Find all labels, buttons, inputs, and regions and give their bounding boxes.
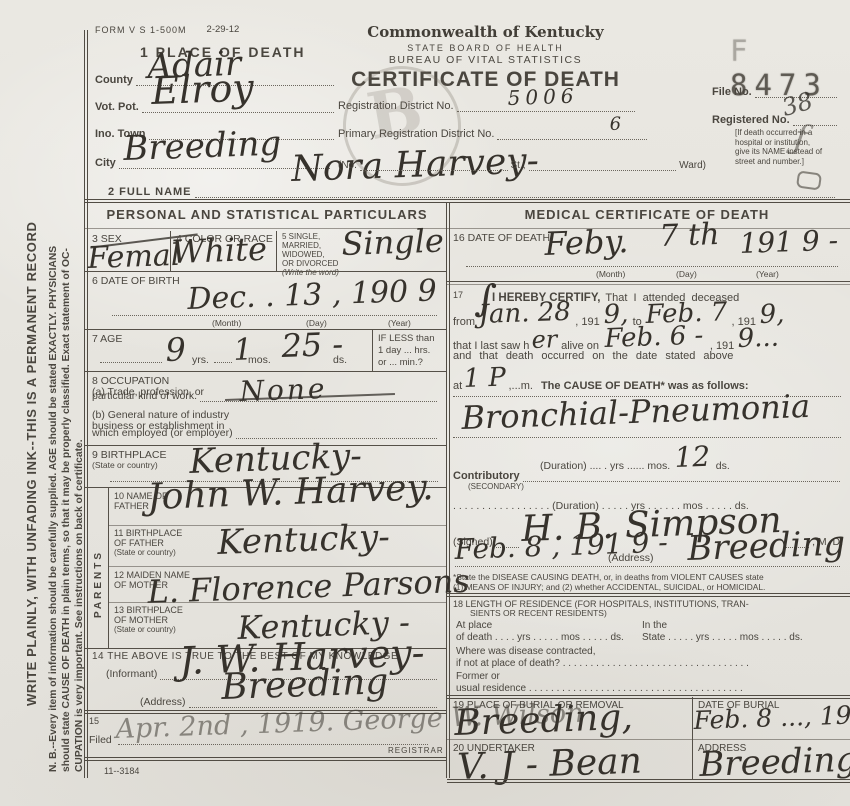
date-of-death-label: 16 DATE OF DEATH xyxy=(453,232,550,244)
informant-address-handwriting: Breeding xyxy=(221,664,389,706)
month-caption: (Month) xyxy=(596,269,625,279)
duration-line: (Duration) .... . yrs ...... mos. 12 ds. xyxy=(540,444,843,472)
date-of-death-day-handwriting: 7 th xyxy=(659,220,720,252)
dotted-leader xyxy=(457,109,635,112)
disease-contracted-label: Where was disease contracted, xyxy=(456,646,596,657)
cause-of-death-handwriting: Bronchial-Pneumonia xyxy=(461,390,811,434)
stamp-prefix: F xyxy=(730,34,749,68)
hospital-note-line: give its NAME instead of xyxy=(735,147,845,157)
registrar-label: REGISTRAR xyxy=(388,746,444,755)
ward-label: Ward) xyxy=(679,160,706,171)
st-label: St., xyxy=(511,160,526,171)
bottom-rule xyxy=(85,757,446,761)
section-heavy-rule xyxy=(447,695,850,699)
father-birthplace-handwriting: Kentucky- xyxy=(217,520,391,560)
date-of-birth-label: 6 DATE OF BIRTH xyxy=(92,275,180,287)
parents-vertical-label: PARENTS xyxy=(93,550,104,618)
form-number-footer: 11--3184 xyxy=(104,766,139,776)
contributory-secondary-note: (SECONDARY) xyxy=(468,482,524,491)
registration-district-handwriting: 5006 xyxy=(507,86,579,108)
filed-number: 15 xyxy=(89,716,99,726)
margin-warning-text: WRITE PLAINLY, WITH UNFADING INK--THIS I… xyxy=(24,222,39,707)
duration-days-handwriting: 12 xyxy=(674,443,711,472)
section-heavy-rule xyxy=(447,593,850,597)
if-less-line: IF LESS than xyxy=(378,333,435,345)
marital-label-line: MARRIED, xyxy=(282,241,339,250)
year-caption: (Year) xyxy=(756,269,779,279)
date-of-birth-handwriting: Dec. . 13 , 190 9 xyxy=(187,276,437,315)
date-of-burial-handwriting: Feb. 8 ..., 191 9 - xyxy=(693,701,850,733)
bottom-rule xyxy=(447,779,850,783)
informant-label: (Informant) xyxy=(106,668,157,680)
if-less-block: IF LESS than 1 day ... hrs. or ... min.? xyxy=(378,333,435,369)
filed-label: Filed xyxy=(89,734,112,746)
informant-address-label: (Address) xyxy=(140,696,186,708)
color-race-handwriting: White xyxy=(171,233,268,268)
occupation-b-line3: which employed (or employer) xyxy=(92,427,233,439)
if-less-line: 1 day ... hrs. xyxy=(378,345,435,357)
parents-strip-rule xyxy=(108,487,109,648)
form-date: 2-29-12 xyxy=(207,24,240,35)
bureau-subtitle: BUREAU OF VITAL STATISTICS xyxy=(333,54,638,66)
month-caption: (Month) xyxy=(212,318,241,328)
marital-note: (Write the word) xyxy=(282,268,339,277)
hospital-note-line: street and number.] xyxy=(735,157,845,167)
state-board-subtitle: STATE BOARD OF HEALTH xyxy=(333,43,638,53)
dotted-leader xyxy=(497,137,647,140)
cell-divider-rule xyxy=(276,231,277,271)
dotted-leader xyxy=(118,744,428,745)
if-less-line: or ... min.? xyxy=(378,357,435,369)
birthplace-subnote: (State or country) xyxy=(92,460,158,470)
hospital-note-line: [If death occurred in a xyxy=(735,128,845,138)
former-residence-label: Former or xyxy=(456,671,500,682)
dotted-leader xyxy=(523,479,840,482)
county-label: County xyxy=(95,74,133,86)
marital-label-line: WIDOWED, xyxy=(282,250,339,259)
dotted-leader xyxy=(529,168,677,171)
sex-handwriting: Femal xyxy=(87,241,181,274)
city-label: City xyxy=(95,157,116,169)
father-birthplace-label-line: (State or country) xyxy=(114,548,182,557)
undertaker-address-handwriting: Breeding xyxy=(699,743,850,782)
age-label: 7 AGE xyxy=(92,333,122,345)
cell-divider-rule xyxy=(372,329,373,371)
ink-scribble-box xyxy=(796,170,822,190)
time-of-death-handwriting: 1 P xyxy=(463,365,506,392)
last-saw-pronoun-handwriting: er xyxy=(532,327,559,352)
hospital-note-line: hospital or institution, xyxy=(735,138,845,148)
dotted-leader xyxy=(455,566,840,567)
certify-item-number: 17 xyxy=(453,290,463,300)
marital-label-line: 5 SINGLE, xyxy=(282,232,339,241)
full-name-label: 2 FULL NAME xyxy=(108,186,192,198)
row-rule xyxy=(447,739,850,740)
year-caption: (Year) xyxy=(388,318,411,328)
age-years-handwriting: 9 xyxy=(165,333,186,366)
row-rule xyxy=(447,284,850,285)
marital-handwriting: Single xyxy=(341,224,444,260)
medical-section-title: MEDICAL CERTIFICATE OF DEATH xyxy=(450,207,844,222)
occupation-b-row: which employed (or employer) xyxy=(92,427,440,439)
mother-birthplace-label-line: 13 BIRTHPLACE xyxy=(114,605,183,615)
form-code: FORM V S 1-500M xyxy=(95,25,187,35)
residence-title-line2: SIENTS OR RECENT RESIDENTS) xyxy=(470,608,607,618)
column-divider-rule xyxy=(446,203,450,778)
time-meridiem-print: ,...m. xyxy=(509,380,533,392)
file-no-row: File No. xyxy=(712,86,840,98)
row-rule xyxy=(447,281,850,282)
at-label: at xyxy=(453,380,462,392)
signed-address-handwriting: Breeding xyxy=(687,527,846,566)
dotted-leader xyxy=(214,362,232,363)
margin-note-line2: should state CAUSE OF DEATH in plain ter… xyxy=(61,248,72,772)
contributory-label: Contributory xyxy=(453,470,520,482)
dotted-leader xyxy=(195,195,835,198)
form-code-row: FORM V S 1-500M 2-29-12 xyxy=(95,24,239,35)
state-duration-label: State . . . . . yrs . . . . . mos . . . … xyxy=(642,632,803,643)
date-of-death-month-handwriting: Feby. xyxy=(544,225,629,260)
from-date-handwriting: Jan. 28 xyxy=(478,299,571,328)
commonwealth-title: Commonwealth of Kentucky xyxy=(333,23,638,41)
margin-note-line1: N. B.--Every item of information should … xyxy=(48,246,59,772)
row-rule xyxy=(85,271,446,272)
marital-label-line: OR DIVORCED xyxy=(282,259,339,268)
age-days-label: ds. xyxy=(333,354,347,366)
row-rule xyxy=(85,329,446,330)
full-name-row: 2 FULL NAME xyxy=(108,186,838,198)
voting-precinct-handwriting: Elroy xyxy=(151,68,255,110)
mother-birthplace-label-line: OF MOTHER xyxy=(114,615,183,625)
row-rule xyxy=(85,371,446,372)
primary-registration-handwriting: 6 xyxy=(609,116,621,134)
header-bottom-rule xyxy=(84,199,850,203)
registered-no-label: Registered No. xyxy=(712,114,790,126)
dotted-leader xyxy=(100,362,162,363)
contributory-row: Contributory xyxy=(453,470,843,482)
if-not-at-place-label: if not at place of death? . . . . . . . … xyxy=(456,658,749,669)
cause-footnote-line1: *State the DISEASE CAUSING DEATH, or, in… xyxy=(453,572,764,582)
of-death-duration-label: of death . . . . yrs . . . . . mos . . .… xyxy=(456,632,624,643)
father-name-handwriting: John W. Harvey. xyxy=(147,470,434,516)
section-title-rule xyxy=(84,228,850,229)
date-of-death-year-handwriting: 191 9 - xyxy=(739,227,838,258)
death-occurred-line: and that death occurred on the date stat… xyxy=(453,350,733,362)
dotted-leader xyxy=(466,266,838,267)
place-of-burial-handwriting: Breeding, xyxy=(454,700,634,742)
personal-section-title: PERSONAL AND STATISTICAL PARTICULARS xyxy=(88,207,446,222)
father-birthplace-label-line: OF FATHER xyxy=(114,538,182,548)
mother-birthplace-label-line: (State or country) xyxy=(114,625,183,634)
voting-precinct-label: Vot. Pot. xyxy=(95,101,139,113)
mother-birthplace-label-block: 13 BIRTHPLACE OF MOTHER (State or countr… xyxy=(114,605,183,634)
at-place-label: At place xyxy=(456,620,492,631)
occupation-a-line2: particular kind of work. xyxy=(92,390,197,402)
alive-date-handwriting: Feb. 6 - xyxy=(604,323,704,352)
hospital-note: [If death occurred in a hospital or inst… xyxy=(735,128,845,166)
left-border-rule xyxy=(84,30,88,778)
cause-footnote-line2: (1) MEANS OF INJURY; and (2) whether ACC… xyxy=(453,582,765,592)
last-saw-line: that I last saw h er alive on Feb. 6 - ,… xyxy=(453,326,843,352)
alive-year-handwriting: 9... xyxy=(737,325,779,352)
father-birthplace-label-line: 11 BIRTHPLACE xyxy=(114,528,182,538)
death-certificate-scan: WRITE PLAINLY, WITH UNFADING INK--THIS I… xyxy=(0,0,850,806)
dotted-leader xyxy=(112,315,437,316)
file-no-label: File No. xyxy=(712,86,752,98)
city-handwriting: Breeding xyxy=(123,127,282,166)
signed-address-label: (Address) xyxy=(608,552,654,564)
dotted-leader xyxy=(453,437,841,438)
age-months-label: mos. xyxy=(248,354,271,366)
in-the-label: In the xyxy=(642,620,667,631)
registered-no-row: Registered No. xyxy=(712,114,840,126)
day-caption: (Day) xyxy=(676,269,697,279)
age-years-label: yrs. xyxy=(192,354,209,366)
occupation-handwriting: None xyxy=(239,375,328,406)
usual-residence-label: usual residence . . . . . . . . . . . . … xyxy=(456,683,743,694)
father-birthplace-label-block: 11 BIRTHPLACE OF FATHER (State or countr… xyxy=(114,528,182,557)
